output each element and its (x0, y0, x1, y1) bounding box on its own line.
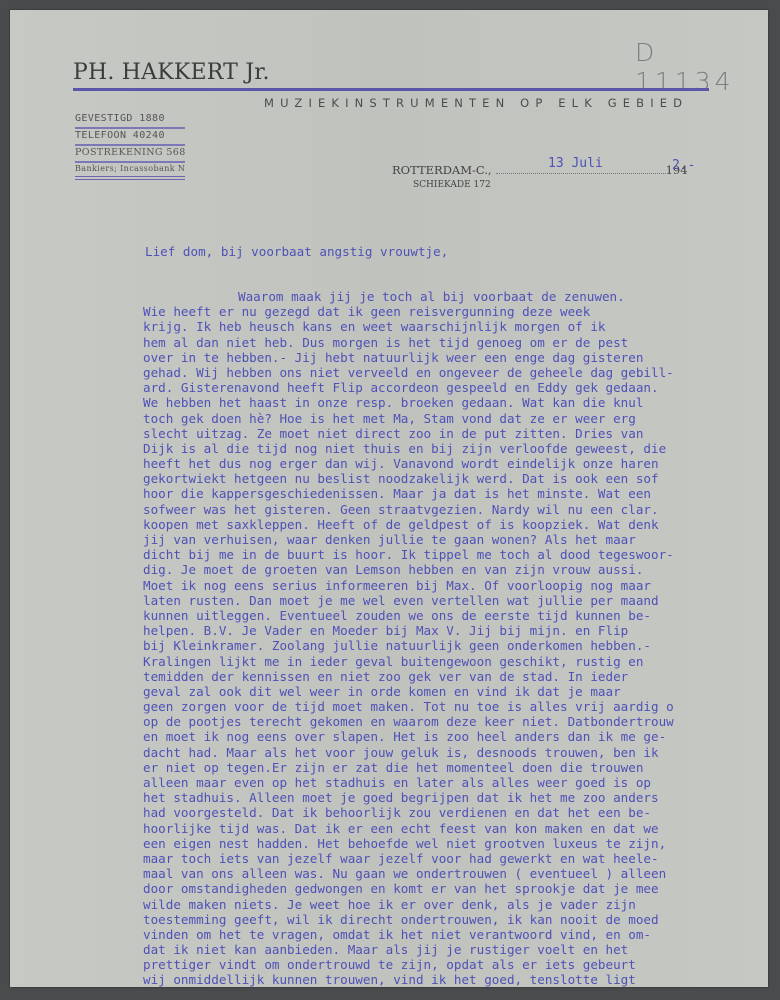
letter-line: prettiger vindt om ondertrouwd te zijn, … (143, 957, 773, 972)
letter-line: We hebben het haast in onze resp. broeke… (143, 395, 773, 410)
letter-line: toch gek doen hè? Hoe is het met Ma, Sta… (143, 411, 773, 426)
letter-line: Waarom maak jij je toch al bij voorbaat … (143, 289, 773, 304)
letter-line: had voorgesteld. Dat ik behoorlijk zou v… (143, 805, 773, 820)
letterhead-tagline: MUZIEKINSTRUMENTEN OP ELK GEBIED (264, 96, 688, 110)
established-line: GEVESTIGD 1880 (75, 112, 185, 129)
letter-line: temidden der kennissen en niet zoo gek v… (143, 669, 773, 684)
letter-line: hoorlijke tijd was. Dat ik er een echt f… (143, 821, 773, 836)
letter-line: er niet op tegen.Er zijn er zat die het … (143, 760, 773, 775)
letter-line: kunnen uitleggen. Eventueel zouden we on… (143, 608, 773, 623)
place-date-line: ROTTERDAM-C., 194 (392, 163, 688, 177)
letter-line: koopen met saxkleppen. Heeft of de geldp… (143, 517, 773, 532)
letter-line: maal van ons alleen was. Nu gaan we onde… (143, 866, 773, 881)
letter-line: helpen. B.V. Je Vader en Moeder bij Max … (143, 623, 773, 638)
telephone-line: TELEFOON 40240 (75, 129, 185, 146)
letter-line: geen zorgen voor de tijd moet maken. Tot… (143, 699, 773, 714)
date-dotted-line (496, 172, 666, 174)
letter-line: alleen maar even op het stadhuis en late… (143, 775, 773, 790)
letter-line: laten rusten. Dan moet je me wel even ve… (143, 593, 773, 608)
letter-line: dat ik niet kan aanbieden. Maar als jij … (143, 942, 773, 957)
letter-line: ard. Gisterenavond heeft Flip accordeon … (143, 380, 773, 395)
letter-line: door omstandigheden gedwongen en komt er… (143, 881, 773, 896)
letter-line: het stadhuis. Alleen moet je goed begrij… (143, 790, 773, 805)
letter-line: dig. Je moet de groeten van Lemson hebbe… (143, 562, 773, 577)
letter-line: gehad. Wij hebben ons niet verveeld en o… (143, 365, 773, 380)
letter-line: vinden om het te vragen, omdat ik het ni… (143, 927, 773, 942)
letter-line: gekortwiekt hetgeen nu beslist noodzakel… (143, 471, 773, 486)
letter-body: Waarom maak jij je toch al bij voorbaat … (143, 289, 773, 988)
letter-line: maar toch iets van jezelf waar jezelf vo… (143, 851, 773, 866)
letter-year-suffix: 2.- (672, 158, 695, 173)
letter-line: geval zal ook dit wel weer in orde komen… (143, 684, 773, 699)
letter-line: dicht bij me in de buurt is hoor. Ik tip… (143, 547, 773, 562)
letter-line: bij Kleinkramer. Zoolang jullie natuurli… (143, 638, 773, 653)
letter-line: een eigen nest hadden. Het behoefde wel … (143, 836, 773, 851)
letter-line: en moet ik nog eens over slapen. Het is … (143, 729, 773, 744)
letterhead-rule (73, 88, 709, 91)
street-address: SCHIEKADE 172 (413, 180, 491, 190)
letter-line: hoor die kappersgeschiedenissen. Maar ja… (143, 486, 773, 501)
letter-line: Wie heeft er nu gezegd dat ik geen reisv… (143, 304, 773, 319)
letter-line: slecht uitzag. Ze moet niet direct zoo i… (143, 426, 773, 441)
letter-line: Moet ik nog eens serius informeeren bij … (143, 578, 773, 593)
letter-date: 13 Juli (548, 156, 603, 171)
salutation: Lief dom, bij voorbaat angstig vrouwtje, (145, 244, 448, 259)
city: ROTTERDAM-C., (392, 163, 492, 177)
letter-line: over in te hebben.- Jij hebt natuurlijk … (143, 350, 773, 365)
letter-line: hem al dan niet heb. Dus morgen is het t… (143, 335, 773, 350)
postal-account-line: POSTREKENING 56805 (75, 146, 185, 163)
letter-line: Kralingen lijkt me in ieder geval buiten… (143, 654, 773, 669)
company-name: PH. HAKKERT Jr. (73, 60, 270, 85)
letter-line: sofweer was het gisteren. Geen straatvge… (143, 502, 773, 517)
letter-line: wij onmiddellijk kunnen trouwen, vind ik… (143, 972, 773, 987)
letter-line: op de pootjes terecht gekomen en waarom … (143, 714, 773, 729)
letter-line: krijg. Ik heb heusch kans en weet waarsc… (143, 319, 773, 334)
letter-line: toestemming geeft, wil ik direcht ondert… (143, 912, 773, 927)
letter-line: Dijk is al die tijd nog niet thuis en bi… (143, 441, 773, 456)
letter-line: heeft het dus nog erger dan wij. Vanavon… (143, 456, 773, 471)
letter-line: jij van verhuisen, waar denken jullie te… (143, 532, 773, 547)
bankers-line: Bankiers; Incassobank N.V. (75, 163, 185, 180)
letter-line: dacht had. Maar als het voor jouw geluk … (143, 745, 773, 760)
letter-line: wilde maken niets. Je weet hoe ik er ove… (143, 897, 773, 912)
company-info-block: GEVESTIGD 1880 TELEFOON 40240 POSTREKENI… (75, 112, 185, 180)
